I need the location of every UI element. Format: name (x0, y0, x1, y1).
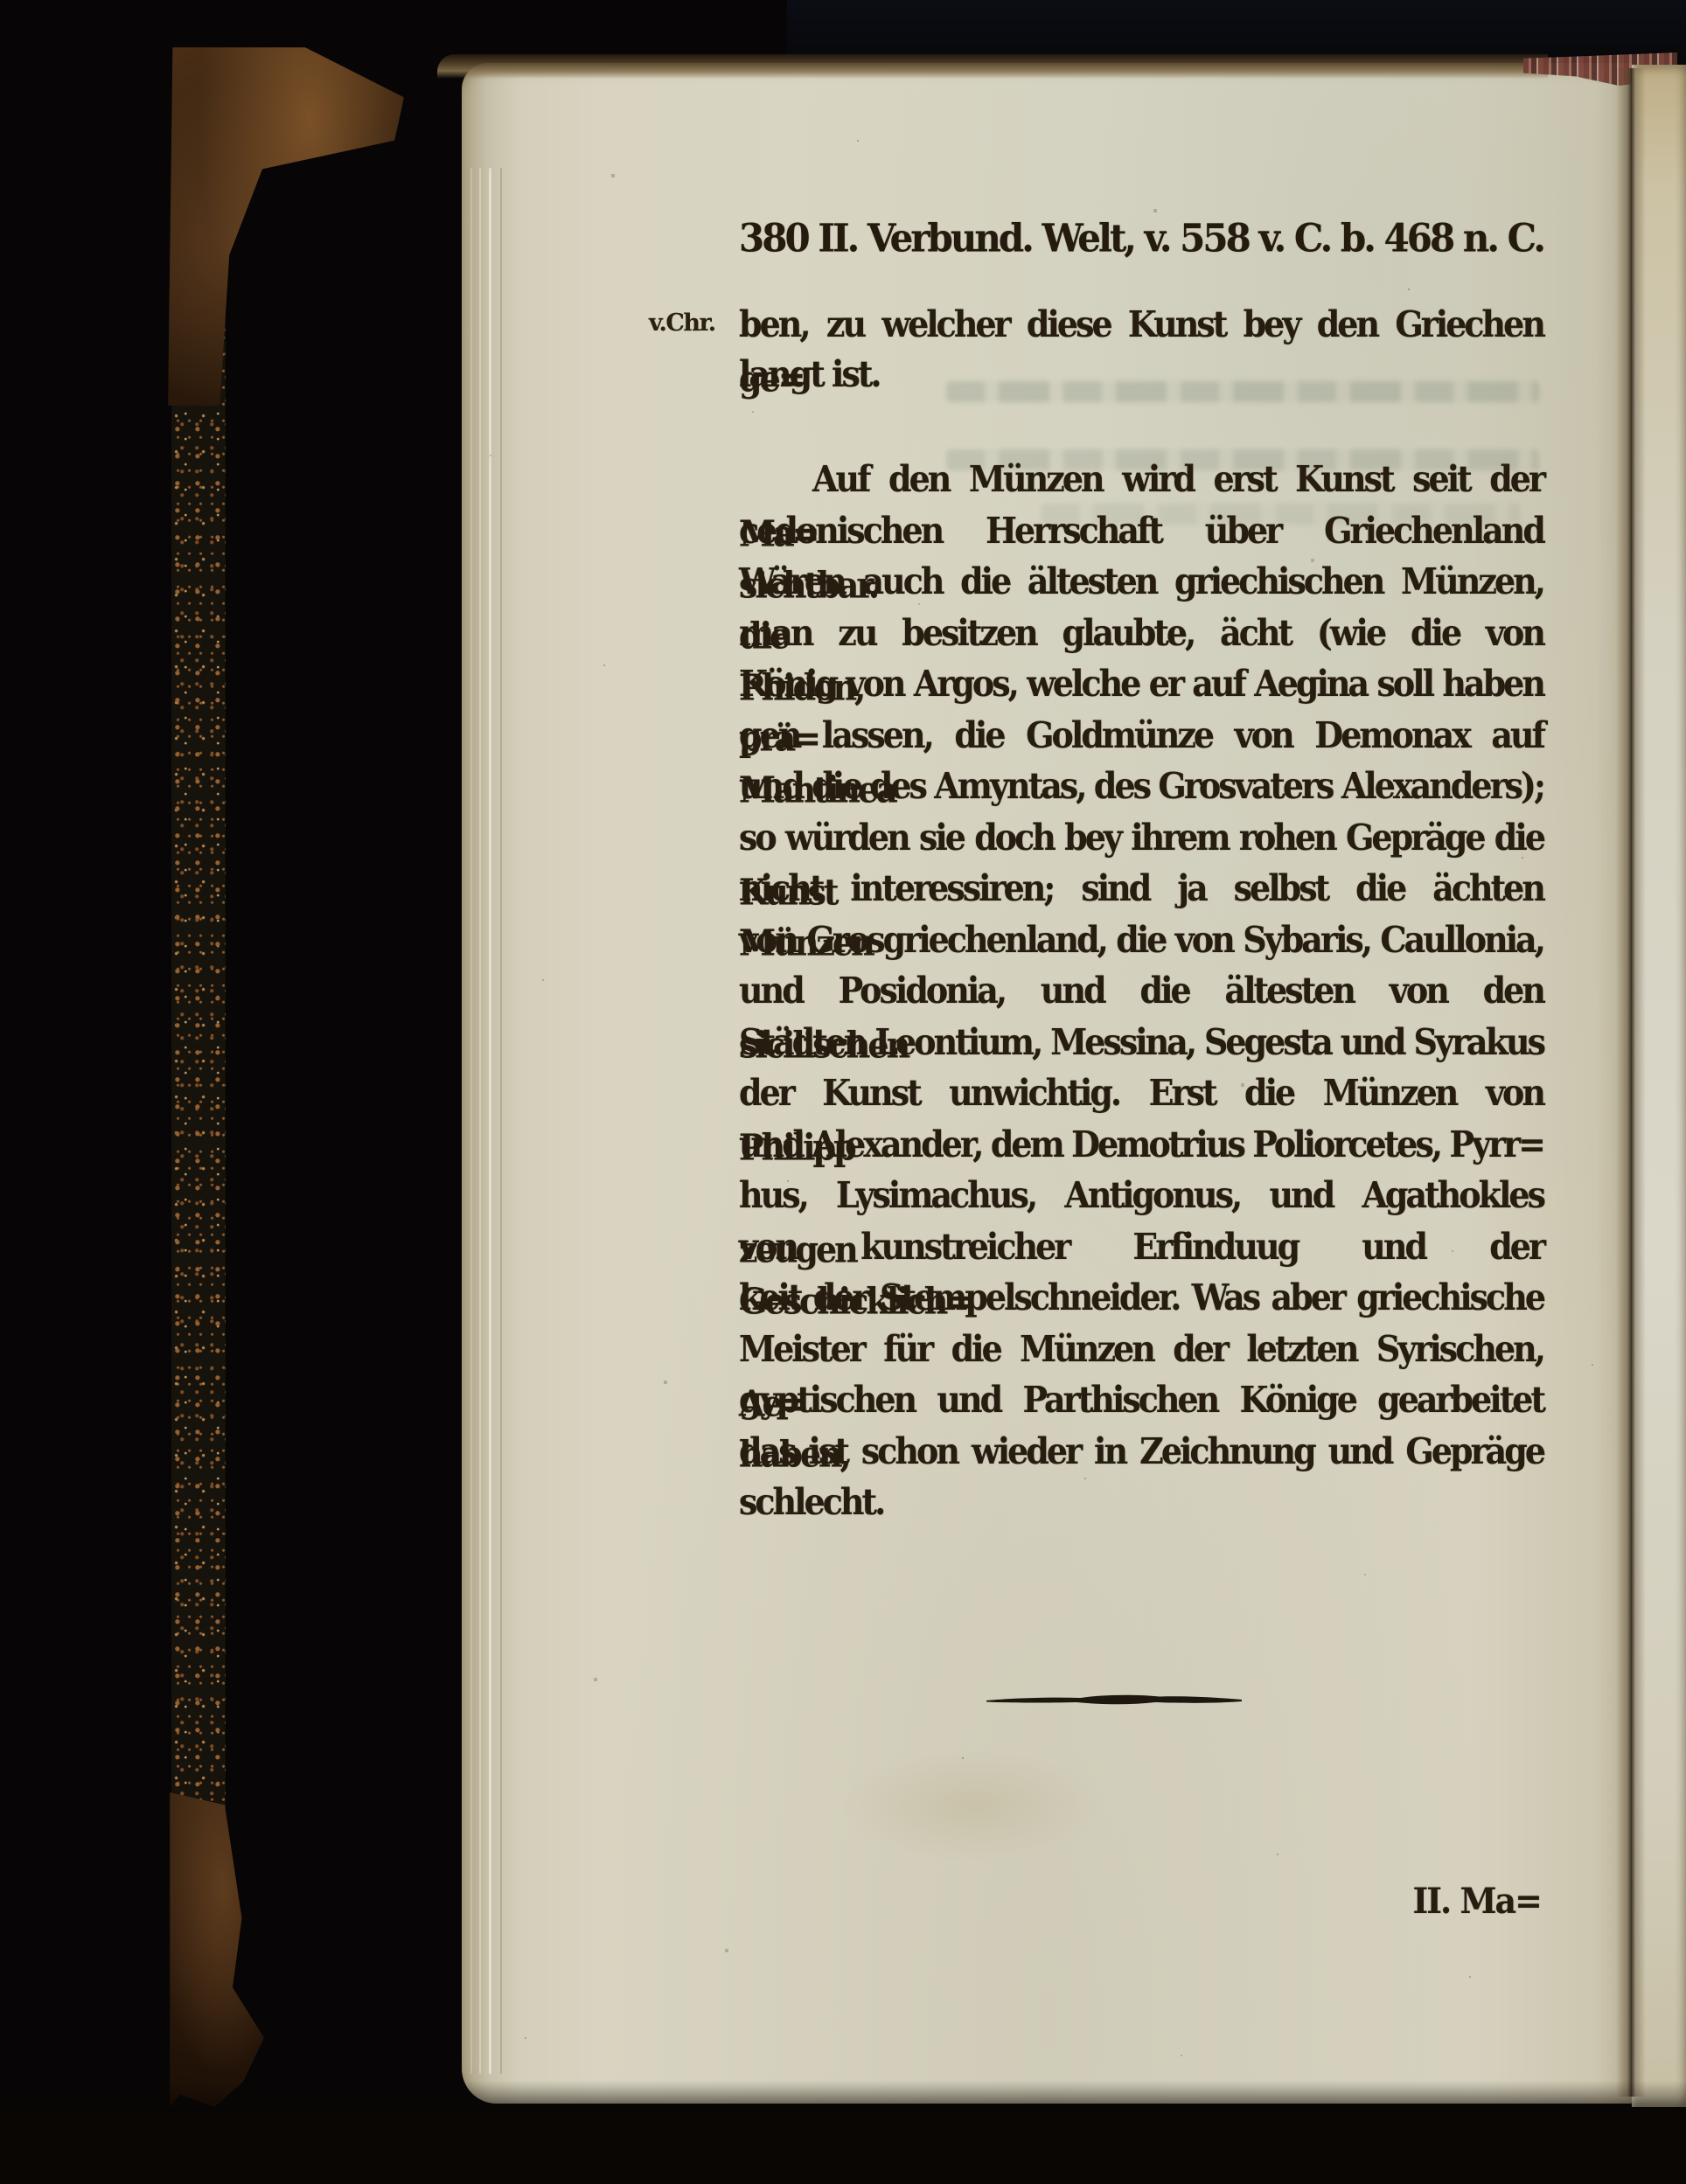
body-text-line: von Grosgriechenland, die von Sybaris, C… (739, 913, 1543, 968)
background-shadow-bottom (0, 2081, 1686, 2184)
page-edge-crease (500, 168, 502, 2074)
page-edge-crease (489, 168, 491, 2074)
body-text-line: und Alexander, dem Demotrius Poliorcetes… (739, 1117, 1543, 1172)
body-text-line: nicht interessiren; sind ja selbst die ä… (739, 861, 1543, 916)
body-text-line: Wären auch die ältesten griechischen Mün… (739, 554, 1543, 609)
body-text-line: Städten Leontium, Messina, Segesta und S… (739, 1015, 1543, 1070)
body-text-line: der Kunst unwichtig. Erst die Münzen von… (739, 1066, 1543, 1121)
body-text-line: das ist schon wieder in Zeichnung und Ge… (739, 1424, 1543, 1479)
body-text-line: gyptischen und Parthischen Könige gearbe… (739, 1373, 1543, 1428)
body-text-line: langt ist. (739, 347, 1543, 402)
body-text-line: cedonischen Herrschaft über Griechenland… (739, 504, 1543, 559)
fore-edge-page-stack (215, 54, 474, 2020)
gutter-fold (1616, 68, 1646, 2097)
paper-fibers (0, 0, 2, 2)
margin-note: v.Chr. (649, 303, 736, 344)
book-scan: 380 II. Verbund. Welt, v. 558 v. C. b. 4… (0, 0, 1686, 2184)
paper-stain (840, 1749, 1102, 1862)
body-text-line: Auf den Münzen wird erst Kunst seit der … (739, 452, 1543, 507)
body-text-line: gen lassen, die Goldmünze von Demonax au… (739, 708, 1543, 763)
body-text-line: von kunstreicher Erfinduug und der Gesch… (739, 1220, 1543, 1275)
body-text-line: so würden sie doch bey ihrem rohen Geprä… (739, 810, 1543, 866)
section-divider-rule (985, 1693, 1244, 1708)
catchword: II. Ma= (1294, 1874, 1541, 1926)
page-edge-crease (470, 168, 472, 2074)
body-text-line: keit der Stempelschneider. Was aber grie… (739, 1270, 1543, 1325)
body-text-line: ben, zu welcher diese Kunst bey den Grie… (739, 297, 1543, 352)
body-text-line: und die des Amyntas, des Grosvaters Alex… (739, 759, 1543, 814)
body-text-line: und Posidonia, und die ältesten von den … (739, 963, 1543, 1019)
running-header: 380 II. Verbund. Welt, v. 558 v. C. b. 4… (739, 212, 1543, 267)
body-text-line: Meister für die Münzen der letzten Syris… (739, 1322, 1543, 1377)
body-text-line: schlecht. (739, 1475, 1543, 1530)
body-text-line: hus, Lysimachus, Antigonus, und Agathokl… (739, 1168, 1543, 1223)
book-block-top-edge (437, 54, 1548, 79)
body-text-line: man zu besitzen glaubte, ächt (wie die v… (739, 606, 1543, 661)
page-edge-crease (479, 168, 481, 2074)
body-text-line: König von Argos, welche er auf Aegina so… (739, 657, 1543, 712)
